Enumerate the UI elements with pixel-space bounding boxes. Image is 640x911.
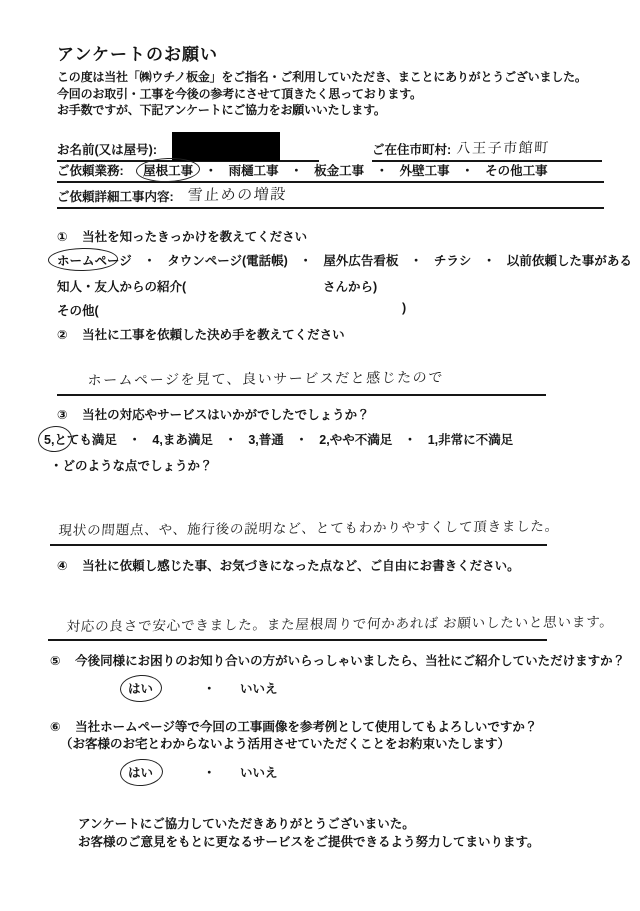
question-2-text: 当社に工事を依頼した決め手を教えてください (82, 328, 345, 342)
q1-referral-prefix: 知人・友人からの紹介( (57, 280, 186, 294)
q1-option-townpage: タウンページ(電話帳) (167, 254, 288, 268)
separator-dot: ・ (128, 433, 141, 447)
survey-scan-page: アンケートのお願い この度は当社「㈱ウチノ板金」をご指名・ご利用していただき、ま… (0, 0, 640, 911)
question-6-note: （お客様のお宅とわからないよう活用させていただくことをお約束いたします） (60, 734, 510, 752)
separator-dot: ・ (203, 679, 216, 697)
q5-answer-yes: はい (128, 679, 153, 697)
q1-other-prefix: その他( (57, 304, 99, 318)
q3-answer-line: 現状の問題点、や、施行後の説明など、とてもわかりやすくして頂きました。 (50, 500, 547, 546)
q1-referral-line: 知人・友人からの紹介( さんから) (57, 277, 557, 295)
service-option-exterior-wall: 外壁工事 (400, 164, 450, 178)
q1-other-line: その他( ) (57, 301, 557, 319)
separator-dot: ・ (143, 254, 156, 268)
question-5-number: ⑤ (50, 653, 61, 668)
page-title: アンケートのお願い (57, 40, 218, 65)
q4-answer-line: 対応の良さで安心できました。また屋根周りで何かあれば お願いしたいと思います。 (48, 598, 547, 641)
q3-option-satisfied: 4,まあ満足 (152, 433, 212, 447)
separator-dot: ・ (461, 164, 474, 178)
separator-dot: ・ (376, 164, 389, 178)
separator-dot: ・ (295, 433, 308, 447)
intro-line-3: お手数ですが、下記アンケートにご協力をお願いいたします。 (57, 102, 587, 119)
q6-answer-row: はい ・ いいえ (0, 761, 640, 787)
service-option-rain-gutter: 雨樋工事 (229, 164, 279, 178)
q1-option-homepage: ホームページ (57, 251, 132, 269)
intro-paragraph: この度は当社「㈱ウチノ板金」をご指名・ご利用していただき、まことにありがとうござ… (57, 69, 587, 119)
q5-answer-row: はい ・ いいえ (0, 677, 640, 703)
q3-followup-text: ・どのような点でしょうか？ (50, 456, 213, 474)
service-option-roof: 屋根工事 (143, 161, 193, 179)
question-1-number: ① (57, 229, 68, 244)
question-4-number: ④ (57, 558, 68, 573)
work-detail-row: ご依頼詳細工事内容: 雪止めの増設 (57, 183, 604, 209)
q1-option-billboard: 屋外広告看板 (323, 254, 398, 268)
question-4-text: 当社に依頼し感じた事、お気づきになった点など、ご自由にお書きください。 (82, 559, 520, 573)
intro-line-1: この度は当社「㈱ウチノ板金」をご指名・ご利用していただき、まことにありがとうござ… (57, 69, 587, 86)
separator-dot: ・ (404, 433, 417, 447)
question-3: ③ 当社の対応やサービスはいかがでしたでしょうか？ (57, 405, 370, 423)
service-label: ご依頼業務: (57, 164, 124, 178)
closing-line-2: お客様のご意見をもとに更なるサービスをご提供できるよう努力してまいります。 (78, 834, 540, 852)
question-2-number: ② (57, 327, 68, 342)
question-3-number: ③ (57, 407, 68, 422)
address-label: ご在住市町村: (372, 140, 451, 158)
q3-option-very-dissatisfied: 1,非常に不満足 (428, 433, 513, 447)
separator-dot: ・ (205, 164, 218, 178)
q5-answer-no: いいえ (240, 679, 278, 697)
question-1-options: ホームページ ・ タウンページ(電話帳) ・ 屋外広告看板 ・ チラシ ・ 以前… (57, 251, 632, 269)
q1-referral-suffix: さんから) (323, 277, 377, 295)
work-detail-label: ご依頼詳細工事内容: (57, 187, 174, 205)
address-handwritten-value: 八王子市館町 (456, 137, 550, 158)
address-field-row: ご在住市町村: 八王子市館町 (372, 129, 602, 162)
q2-answer-line: ホームページを見て、良いサービスだと感じたので (57, 357, 546, 396)
q4-handwritten-answer: 対応の良さで安心できました。また屋根周りで何かあれば お願いしたいと思います。 (66, 610, 614, 635)
separator-dot: ・ (483, 254, 496, 268)
closing-message: アンケートにご協力していただきありがとうございまいた。 お客様のご意見をもとに更… (78, 816, 540, 851)
q6-answer-yes: はい (128, 763, 153, 781)
question-1-text: 当社を知ったきっかけを教えてください (82, 230, 307, 244)
question-3-text: 当社の対応やサービスはいかがでしたでしょうか？ (82, 408, 370, 422)
work-detail-handwritten-value: 雪止めの増設 (187, 183, 287, 205)
question-4: ④ 当社に依頼し感じた事、お気づきになった点など、ご自由にお書きください。 (57, 556, 520, 574)
closing-line-1: アンケートにご協力していただきありがとうございまいた。 (78, 816, 540, 834)
q1-other-suffix: ) (402, 301, 406, 315)
q1-option-flyer: チラシ (434, 254, 472, 268)
q6-answer-no: いいえ (240, 763, 278, 781)
question-2: ② 当社に工事を依頼した決め手を教えてください (57, 325, 345, 343)
redacted-name-value (172, 132, 280, 161)
service-option-sheet-metal: 板金工事 (314, 164, 364, 178)
question-6-text: 当社ホームページ等で今回の工事画像を参考例として使用してもよろしいですか？ (75, 720, 537, 734)
question-1: ① 当社を知ったきっかけを教えてください (57, 227, 307, 245)
question-5-text: 今後同様にお困りのお知り合いの方がいらっしゃいましたら、当社にご紹介していただけ… (75, 654, 625, 668)
name-field-row: お名前(又は屋号): (57, 129, 319, 162)
q3-option-neutral: 3,普通 (248, 433, 283, 447)
service-option-other: その他工事 (485, 164, 548, 178)
intro-line-2: 今回のお取引・工事を今後の参考にさせて頂きたく思っております。 (57, 86, 587, 103)
question-3-options: 5,とても満足 ・ 4,まあ満足 ・ 3,普通 ・ 2,やや不満足 ・ 1,非常… (44, 430, 513, 448)
service-field-row: ご依頼業務: 屋根工事 ・ 雨樋工事 ・ 板金工事 ・ 外壁工事 ・ その他工事 (57, 161, 604, 183)
separator-dot: ・ (290, 164, 303, 178)
question-6-number: ⑥ (50, 719, 61, 734)
q3-option-very-satisfied: 5,とても満足 (44, 430, 117, 448)
name-label: お名前(又は屋号): (57, 140, 157, 158)
separator-dot: ・ (410, 254, 423, 268)
separator-dot: ・ (224, 433, 237, 447)
q2-handwritten-answer: ホームページを見て、良いサービスだと感じたので (87, 367, 444, 390)
question-6: ⑥ 当社ホームページ等で今回の工事画像を参考例として使用してもよろしいですか？ (50, 717, 537, 735)
q1-option-previous-work: 以前依頼した事がある (507, 254, 632, 268)
separator-dot: ・ (299, 254, 312, 268)
q3-option-somewhat-dissatisfied: 2,やや不満足 (319, 433, 392, 447)
separator-dot: ・ (203, 763, 216, 781)
q3-handwritten-answer: 現状の問題点、や、施行後の説明など、とてもわかりやすくして頂きました。 (58, 515, 560, 539)
question-5: ⑤ 今後同様にお困りのお知り合いの方がいらっしゃいましたら、当社にご紹介していた… (50, 651, 625, 669)
